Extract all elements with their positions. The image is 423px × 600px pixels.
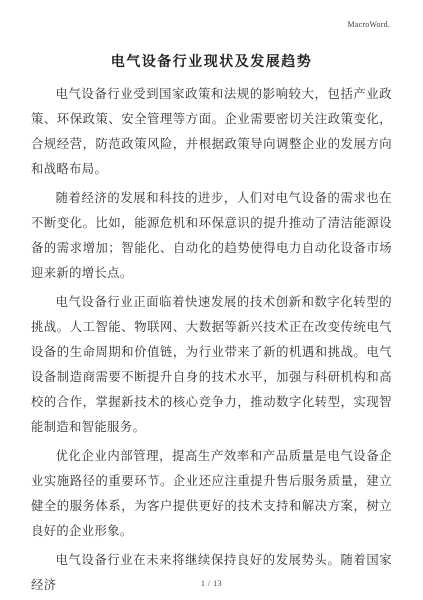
page-title: 电气设备行业现状及发展趋势 xyxy=(0,51,423,71)
paragraph: 优化企业内部管理，提高生产效率和产品质量是电气设备企业实施路径的重要环节。企业还… xyxy=(31,444,392,544)
paragraph: 电气设备行业正面临着快速发展的技术创新和数字化转型的挑战。人工智能、物联网、大数… xyxy=(31,290,392,440)
document-page: MacroWord. 电气设备行业现状及发展趋势 电气设备行业受到国家政策和法规… xyxy=(0,0,423,600)
brand-watermark: MacroWord. xyxy=(348,20,390,29)
document-body: 电气设备行业受到国家政策和法规的影响较大，包括产业政策、环保政策、安全管理等方面… xyxy=(31,82,392,600)
paragraph: 电气设备行业在未来将继续保持良好的发展势头。随着国家经济 xyxy=(31,548,392,598)
paragraph: 随着经济的发展和科技的进步，人们对电气设备的需求也在不断变化。比如，能源危机和环… xyxy=(31,186,392,286)
paragraph: 电气设备行业受到国家政策和法规的影响较大，包括产业政策、环保政策、安全管理等方面… xyxy=(31,82,392,182)
page-number: 1 / 13 xyxy=(0,579,423,588)
